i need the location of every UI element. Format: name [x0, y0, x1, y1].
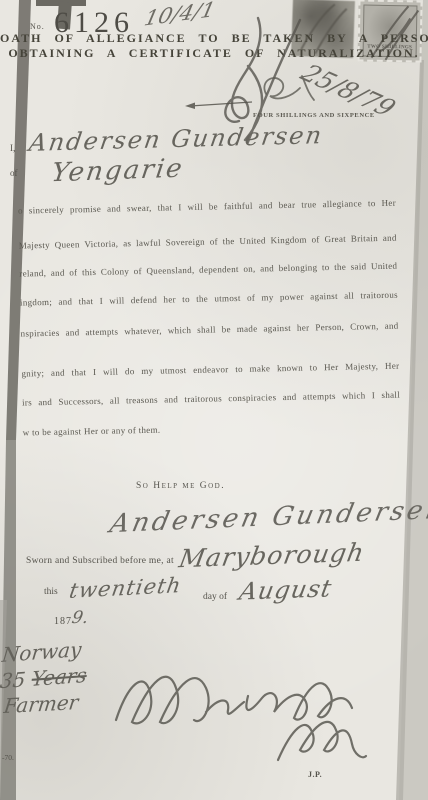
margin-age-number: 35: [0, 667, 27, 693]
jp-counter-flourish: [268, 712, 368, 770]
oath-line: irs and Successors, all treasons and tra…: [22, 390, 400, 408]
sworn-month: August: [237, 574, 334, 605]
document-scan: TWO SHILLINGS No. 6126 10/4/1 OATH OF AL…: [0, 0, 428, 800]
oath-line: ingdom; and that I will defend her to th…: [20, 290, 398, 308]
form-code: -70.: [2, 753, 14, 762]
oath-line: reland, and of this Colony of Queensland…: [19, 261, 397, 279]
oath-line: gnity; and that I will do my utmost ende…: [21, 361, 399, 379]
this-label: this: [44, 587, 58, 597]
year-prefix: 187: [54, 616, 72, 627]
margin-occupation: Farmer: [3, 690, 80, 718]
day-of-label: day of: [203, 592, 227, 602]
oath-line: nspiracies and attempts whatever, which …: [21, 321, 399, 339]
sworn-label: Sworn and Subscribed before me, at: [26, 556, 174, 566]
so-help-text: So Help me God.: [136, 481, 225, 491]
oath-line: Majesty Queen Victoria, as lawful Sovere…: [19, 233, 397, 251]
jp-label: J.P.: [308, 770, 322, 779]
oath-line: o sincerely promise and swear, that I wi…: [18, 198, 396, 216]
margin-age-unit: Years: [31, 663, 88, 691]
oath-line: w to be against Her or any of them.: [23, 420, 401, 438]
